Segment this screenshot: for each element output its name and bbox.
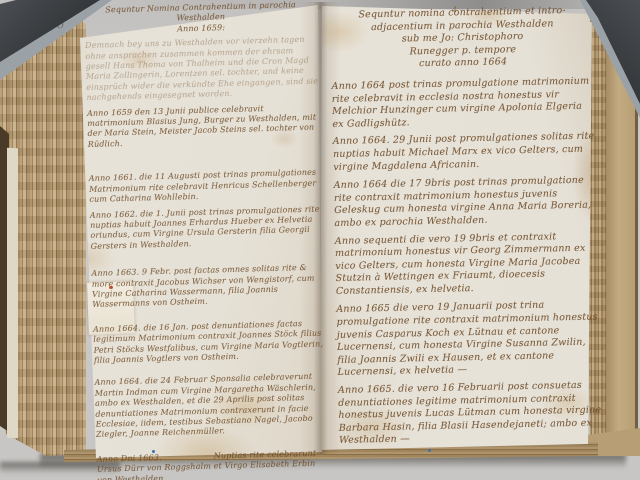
register-entry-last: Anno Dni 1663.Nuptias rite celebrarunt U… xyxy=(97,448,331,480)
register-entry: Anno 1664. die 24 Februar Sponsalia cele… xyxy=(94,372,329,441)
left-page-text: Sequntur Nomina Contrahentium in parochi… xyxy=(84,0,330,480)
register-entry: Anno 1664. 29 Junii post promulgationes … xyxy=(333,131,598,174)
register-entry: Anno 1664 post trinas promulgatione matr… xyxy=(331,75,596,131)
blue-ink-speck-right xyxy=(428,449,431,452)
flyleaf-edge xyxy=(7,148,18,438)
register-entry: Anno 1661. die 11 Augusti post trinas pr… xyxy=(89,168,323,206)
register-entry: Anno 1663. 9 Febr. post factas omnes sol… xyxy=(91,263,325,311)
register-entry: Anno 1659 den 13 Junii publice celebravi… xyxy=(87,102,321,150)
register-entry: Anno 1665 die vero 19 Januarii post trin… xyxy=(336,299,602,380)
entry-gap xyxy=(162,458,214,459)
manuscript-book-photo: 96 97 4 Sequntur Nomina Contrahentium in… xyxy=(0,0,640,480)
register-entry: Anno 1662. die 1. Junii post trinas prom… xyxy=(90,204,324,252)
register-entry: Anno 1664 die 17 9bris post trinas promu… xyxy=(334,175,599,231)
register-entry: Anno 1665. die vero 16 Februarii post co… xyxy=(338,379,603,447)
right-page-text: Sequntur nomina contrahentium et intro- … xyxy=(330,4,603,447)
register-entry: Anno sequenti die vero 19 9bris et contr… xyxy=(335,230,600,298)
register-entry-faded: Demnach bey uns zu Westhalden vor vierze… xyxy=(85,35,320,104)
entry-date: Anno Dni 1663. xyxy=(97,453,162,464)
register-entry: Anno 1664. die 16 Jan. post denuntiation… xyxy=(93,318,327,366)
